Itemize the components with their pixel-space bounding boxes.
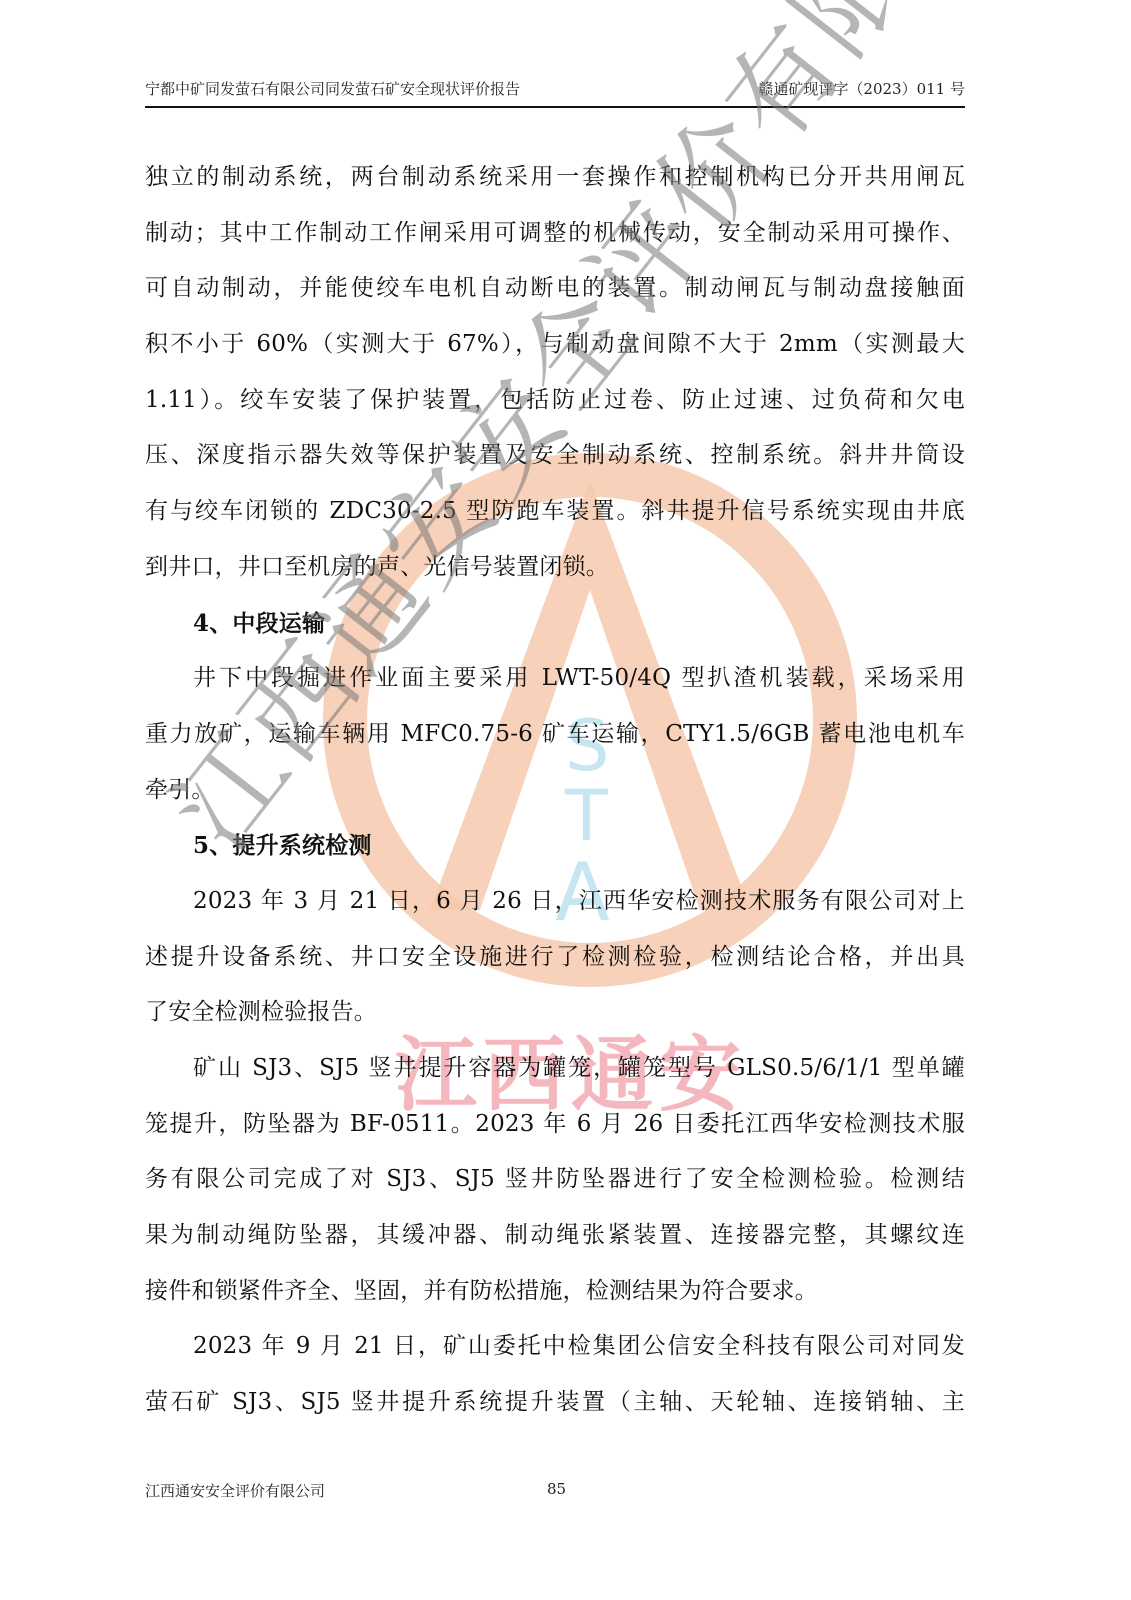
text-line: 牵引。 — [145, 763, 965, 819]
text-line: 矿山 SJ3、SJ5 竖井提升容器为罐笼，罐笼型号 GLS0.5/6/1/1 型… — [145, 1041, 965, 1097]
document-number: 赣通矿现评字（2023）011 号 — [758, 78, 965, 99]
page-header: 宁都中矿同发萤石有限公司同发萤石矿安全现状评价报告 赣通矿现评字（2023）01… — [145, 78, 965, 102]
text-line: 了安全检测检验报告。 — [145, 985, 965, 1041]
text-line: 压、深度指示器失效等保护装置及安全制动系统、控制系统。斜井井筒设 — [145, 428, 965, 484]
header-divider — [145, 106, 965, 108]
text-line: 述提升设备系统、井口安全设施进行了检测检验，检测结论合格，并出具 — [145, 930, 965, 986]
footer-company: 江西通安安全评价有限公司 — [145, 1480, 325, 1501]
section-heading-4: 4、中段运输 — [145, 596, 965, 652]
body-content: 独立的制动系统，两台制动系统采用一套操作和控制机构已分开共用闸瓦 制动；其中工作… — [145, 150, 965, 1431]
text-line: 井下中段掘进作业面主要采用 LWT-50/4Q 型扒渣机装载，采场采用 — [145, 651, 965, 707]
section-heading-5: 5、提升系统检测 — [145, 818, 965, 874]
text-line: 到井口，井口至机房的声、光信号装置闭锁。 — [145, 540, 965, 596]
text-line: 2023 年 3 月 21 日，6 月 26 日，江西华安检测技术服务有限公司对… — [145, 874, 965, 930]
text-line: 接件和锁紧件齐全、坚固，并有防松措施，检测结果为符合要求。 — [145, 1264, 965, 1320]
text-line: 制动；其中工作制动工作闸采用可调整的机械传动，安全制动采用可操作、 — [145, 206, 965, 262]
text-line: 果为制动绳防坠器，其缓冲器、制动绳张紧装置、连接器完整，其螺纹连 — [145, 1208, 965, 1264]
text-line: 萤石矿 SJ3、SJ5 竖井提升系统提升装置（主轴、天轮轴、连接销轴、主 — [145, 1375, 965, 1431]
text-line: 积不小于 60%（实测大于 67%），与制动盘间隙不大于 2mm（实测最大 — [145, 317, 965, 373]
page-number: 85 — [547, 1480, 566, 1498]
report-title: 宁都中矿同发萤石有限公司同发萤石矿安全现状评价报告 — [145, 78, 520, 99]
text-line: 独立的制动系统，两台制动系统采用一套操作和控制机构已分开共用闸瓦 — [145, 150, 965, 206]
text-line: 重力放矿，运输车辆用 MFC0.75-6 矿车运输，CTY1.5/6GB 蓄电池… — [145, 707, 965, 763]
text-line: 可自动制动，并能使绞车电机自动断电的装置。制动闸瓦与制动盘接触面 — [145, 261, 965, 317]
text-line: 笼提升，防坠器为 BF-0511。2023 年 6 月 26 日委托江西华安检测… — [145, 1097, 965, 1153]
document-page: S T A 江西通安 宁都中矿同发萤石有限公司同发萤石矿安全现状评价报告 赣通矿… — [0, 0, 1131, 1600]
text-line: 有与绞车闭锁的 ZDC30-2.5 型防跑车装置。斜井提升信号系统实现由井底 — [145, 484, 965, 540]
text-line: 务有限公司完成了对 SJ3、SJ5 竖井防坠器进行了安全检测检验。检测结 — [145, 1152, 965, 1208]
text-line: 2023 年 9 月 21 日，矿山委托中检集团公信安全科技有限公司对同发 — [145, 1319, 965, 1375]
text-line: 1.11）。绞车安装了保护装置，包括防止过卷、防止过速、过负荷和欠电 — [145, 373, 965, 429]
